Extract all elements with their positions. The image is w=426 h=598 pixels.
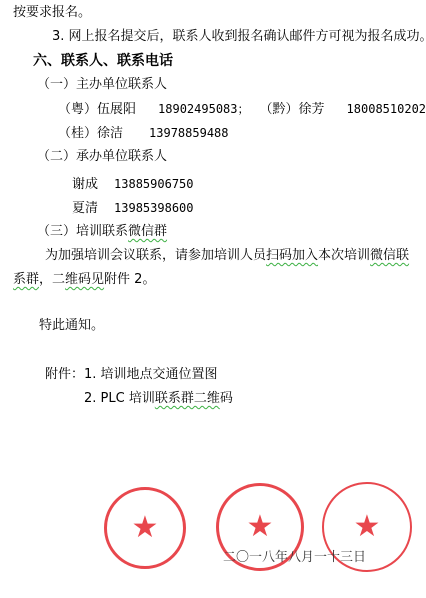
paragraph-text: 本次培训: [318, 248, 370, 263]
contact-name: 伍展阳: [97, 102, 136, 117]
heading-text-spellcheck: 微信群: [128, 224, 167, 239]
paragraph-line: 为加强培训会议联系，请参加培训人员扫码加入本次培训微信联: [45, 248, 409, 264]
contact-region: （粤）: [58, 102, 97, 117]
text-line: 3. 网上报名提交后，联系人收到报名确认邮件方可视为报名成功。: [52, 29, 426, 45]
contact-phone: 18008510202；: [347, 102, 426, 116]
subsection-heading: （二）承办单位联系人: [37, 149, 167, 165]
contact-phone: 18902495083；: [158, 102, 249, 116]
star-icon: ★: [132, 513, 159, 543]
contact-phone: 13978859488: [149, 126, 228, 140]
contact-phone: 13885906750: [114, 177, 193, 191]
subsection-heading: （一）主办单位联系人: [37, 77, 167, 93]
contact-name: 夏清: [72, 201, 98, 216]
contact-name: 徐芳: [299, 102, 325, 117]
attachment-text-spellcheck: 联系群二维: [155, 391, 220, 406]
section-heading: 六、联系人、联系电话: [33, 53, 173, 69]
subsection-heading: （三）培训联系微信群: [37, 224, 167, 240]
star-icon: ★: [247, 512, 274, 542]
contact-phone: 13985398600: [114, 201, 193, 215]
text-line: 按要求报名。: [13, 5, 91, 21]
attachment-item: 附件：1. 培训地点交通位置图: [45, 367, 218, 383]
contact-name: 谢成: [72, 177, 98, 192]
paragraph-text: 附件 2。: [104, 272, 155, 287]
paragraph-text: 为加强培训会议联系，请参加培训人员: [45, 248, 266, 263]
attachment-text: 2. PLC 培训: [84, 391, 155, 406]
contact-row: 谢成13885906750: [72, 176, 194, 193]
heading-text: （三）培训联系: [37, 224, 128, 239]
contact-name: 徐洁: [97, 126, 123, 141]
paragraph-text: ，二: [39, 272, 65, 287]
contact-row: （粤）伍展阳18902495083；（黔）徐芳18008510202；: [58, 101, 426, 118]
official-seal-guangdong: ★: [104, 487, 186, 569]
closing-notice: 特此通知。: [39, 318, 104, 334]
paragraph-line: 系群，二维码见附件 2。: [13, 272, 155, 288]
attachment-text: 码: [220, 391, 233, 406]
paragraph-text-spellcheck: 扫码加入: [266, 248, 318, 263]
document-date: 二〇一八年八月一十三日: [223, 546, 366, 565]
contact-row: 夏清13985398600: [72, 200, 194, 217]
star-icon: ★: [354, 512, 381, 542]
contact-region: （黔）: [260, 102, 299, 117]
paragraph-text-spellcheck: 微信联: [370, 248, 409, 263]
paragraph-text-spellcheck: 维码见: [65, 272, 104, 287]
contact-row: （桂）徐洁13978859488: [58, 125, 229, 142]
attachment-item: 2. PLC 培训联系群二维码: [84, 391, 233, 407]
paragraph-text-spellcheck: 系群: [13, 272, 39, 287]
contact-region: （桂）: [58, 126, 97, 141]
